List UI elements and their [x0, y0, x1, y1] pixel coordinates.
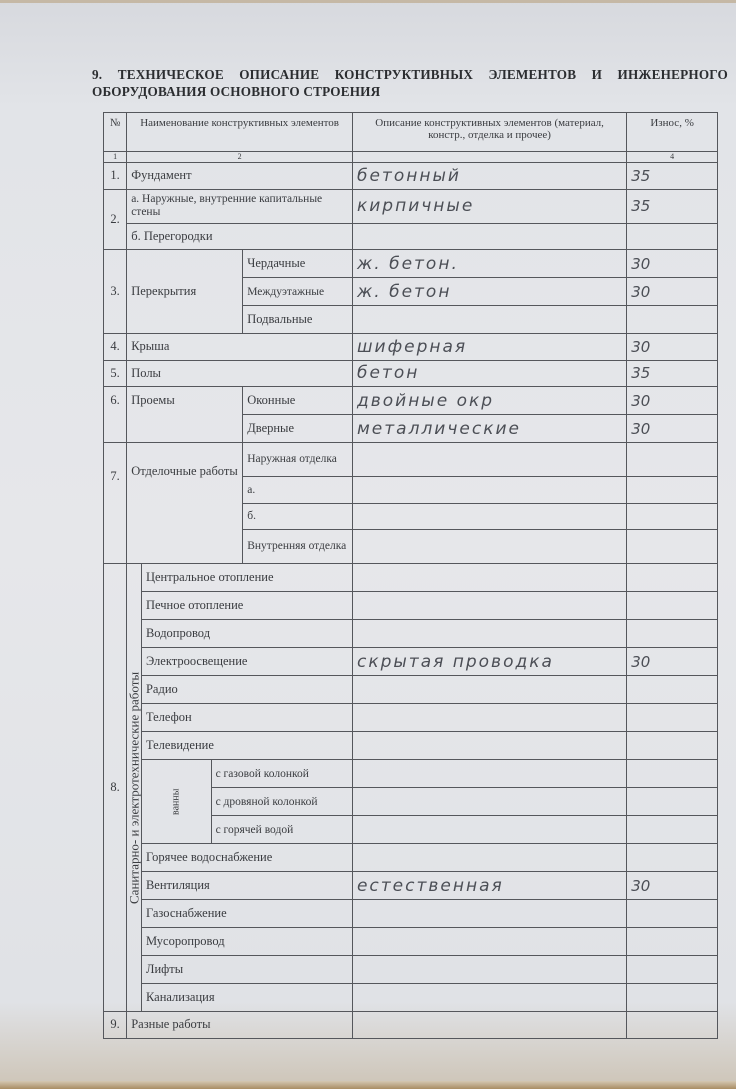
row-num: 1.: [104, 163, 127, 190]
row-name: б. Перегородки: [127, 223, 353, 250]
row-name: Центральное отопление: [141, 564, 352, 592]
row-name: Лифты: [141, 956, 352, 984]
row-description[interactable]: [352, 223, 626, 250]
table-row: Канализация: [104, 984, 718, 1012]
row-description[interactable]: [352, 760, 626, 788]
row-wear[interactable]: [627, 984, 718, 1012]
row-name: Печное отопление: [141, 592, 352, 620]
row-description[interactable]: [352, 477, 626, 504]
row-description[interactable]: [352, 816, 626, 844]
header-wear: Износ, %: [627, 113, 718, 152]
row-wear[interactable]: [627, 306, 718, 334]
table-row: б. Перегородки: [104, 223, 718, 250]
row-description[interactable]: [352, 928, 626, 956]
row-name: Канализация: [141, 984, 352, 1012]
group-label: Санитарно- и электротехнические работы: [127, 671, 141, 903]
row-name: Крыша: [127, 334, 353, 361]
row-subname: с газовой колонкой: [211, 760, 352, 788]
row-subname: Оконные: [243, 387, 353, 415]
row-description[interactable]: [352, 620, 626, 648]
row-name: Отделочные работы: [127, 443, 243, 564]
row-wear[interactable]: 30: [627, 250, 718, 278]
row-description[interactable]: [352, 732, 626, 760]
row-name: Радио: [141, 676, 352, 704]
row-description[interactable]: шиферная: [352, 334, 626, 361]
row-wear[interactable]: 30: [627, 334, 718, 361]
row-wear[interactable]: [627, 704, 718, 732]
row-name: Проемы: [127, 387, 243, 443]
row-wear[interactable]: [627, 732, 718, 760]
row-name: Горячее водоснабжение: [141, 844, 352, 872]
row-wear[interactable]: [627, 477, 718, 504]
row-num: 6.: [104, 387, 127, 443]
row-description[interactable]: [352, 306, 626, 334]
row-wear[interactable]: [627, 530, 718, 564]
row-wear[interactable]: 30: [627, 278, 718, 306]
row-description[interactable]: ж. бетон.: [352, 250, 626, 278]
table-row: Телевидение: [104, 732, 718, 760]
row-wear[interactable]: 30: [627, 415, 718, 443]
row-description[interactable]: [352, 788, 626, 816]
table-row: 5. Полы бетон 35: [104, 360, 718, 387]
row-subname: Подвальные: [243, 306, 353, 334]
row-wear[interactable]: 30: [627, 387, 718, 415]
row-wear[interactable]: 35: [627, 163, 718, 190]
row-wear[interactable]: [627, 443, 718, 477]
row-name: Водопровод: [141, 620, 352, 648]
row-description[interactable]: [352, 900, 626, 928]
construction-elements-table: № Наименование конструктивных элементов …: [103, 112, 718, 1039]
row-wear[interactable]: [627, 816, 718, 844]
table-row: Лифты: [104, 956, 718, 984]
col-number-1: 1: [104, 152, 127, 163]
row-wear[interactable]: [627, 676, 718, 704]
table-row: 2. а. Наружные, внутренние капитальные с…: [104, 189, 718, 223]
row-description[interactable]: [352, 1012, 626, 1039]
table-row: ванны с газовой колонкой: [104, 760, 718, 788]
table-row: Горячее водоснабжение: [104, 844, 718, 872]
table-row: 8. Санитарно- и электротехнические работ…: [104, 564, 718, 592]
row-name: Разные работы: [127, 1012, 353, 1039]
table-row: 3. Перекрытия Чердачные ж. бетон. 30: [104, 250, 718, 278]
row-num: 9.: [104, 1012, 127, 1039]
row-num: 2.: [104, 189, 127, 250]
row-name: Мусоропровод: [141, 928, 352, 956]
table-row: 7. Отделочные работы Наружная отделка: [104, 443, 718, 477]
row-wear[interactable]: 30: [627, 872, 718, 900]
table-row: 6. Проемы Оконные двойные окр 30: [104, 387, 718, 415]
row-subname: с дровяной колонкой: [211, 788, 352, 816]
header-row: № Наименование конструктивных элементов …: [104, 113, 718, 152]
row-description[interactable]: бетон: [352, 360, 626, 387]
document-title: 9. ТЕХНИЧЕСКОЕ ОПИСАНИЕ КОНСТРУКТИВНЫХ Э…: [92, 66, 728, 100]
row-num: 7.: [104, 443, 127, 564]
row-description[interactable]: [352, 564, 626, 592]
table-row: Мусоропровод: [104, 928, 718, 956]
group-label-cell: Санитарно- и электротехнические работы: [127, 564, 142, 1012]
header-description: Описание конструктивных элементов (матер…: [352, 113, 626, 152]
row-num: 5.: [104, 360, 127, 387]
col-number-2: 2: [127, 152, 353, 163]
row-description[interactable]: двойные окр: [352, 387, 626, 415]
row-wear[interactable]: [627, 900, 718, 928]
row-wear[interactable]: 30: [627, 648, 718, 676]
row-subname: Наружная отделка: [243, 443, 353, 477]
row-description[interactable]: [352, 592, 626, 620]
row-wear[interactable]: [627, 620, 718, 648]
row-wear[interactable]: [627, 503, 718, 530]
row-wear[interactable]: [627, 956, 718, 984]
row-name: Газоснабжение: [141, 900, 352, 928]
row-subname: а.: [243, 477, 353, 504]
row-description[interactable]: [352, 530, 626, 564]
row-name: Телевидение: [141, 732, 352, 760]
row-name: Фундамент: [127, 163, 353, 190]
row-num: 4.: [104, 334, 127, 361]
row-name: Электроосвещение: [141, 648, 352, 676]
paper-edge: [0, 0, 736, 3]
row-name: Полы: [127, 360, 353, 387]
row-subname: Чердачные: [243, 250, 353, 278]
paper-edge: [0, 1081, 736, 1089]
table-row: Радио: [104, 676, 718, 704]
table-row: Газоснабжение: [104, 900, 718, 928]
row-description[interactable]: [352, 844, 626, 872]
header-name: Наименование конструктивных элементов: [127, 113, 353, 152]
row-description[interactable]: металлические: [352, 415, 626, 443]
row-subname: б.: [243, 503, 353, 530]
row-wear[interactable]: [627, 844, 718, 872]
row-wear[interactable]: 35: [627, 189, 718, 223]
col-number-4: 4: [627, 152, 718, 163]
row-description[interactable]: бетонный: [352, 163, 626, 190]
header-num: №: [104, 113, 127, 152]
table-row: Электроосвещение скрытая проводка 30: [104, 648, 718, 676]
table-row: 9. Разные работы: [104, 1012, 718, 1039]
row-description[interactable]: скрытая проводка: [352, 648, 626, 676]
row-description[interactable]: кирпичные: [352, 189, 626, 223]
table-row: Печное отопление: [104, 592, 718, 620]
row-name: Вентиляция: [141, 872, 352, 900]
row-description[interactable]: [352, 676, 626, 704]
row-wear[interactable]: [627, 564, 718, 592]
row-name: Телефон: [141, 704, 352, 732]
row-wear[interactable]: [627, 928, 718, 956]
row-description[interactable]: ж. бетон: [352, 278, 626, 306]
row-description[interactable]: [352, 956, 626, 984]
table-row: Вентиляция естественная 30: [104, 872, 718, 900]
row-wear[interactable]: [627, 223, 718, 250]
row-name: а. Наружные, внутренние капитальные стен…: [127, 189, 353, 223]
row-num: 3.: [104, 250, 127, 334]
column-number-row: 1 2 4: [104, 152, 718, 163]
baths-label: ванны: [141, 760, 211, 844]
row-description[interactable]: естественная: [352, 872, 626, 900]
table-row: Водопровод: [104, 620, 718, 648]
row-description[interactable]: [352, 984, 626, 1012]
row-subname: Дверные: [243, 415, 353, 443]
col-number-3: [352, 152, 626, 163]
table-row: 1. Фундамент бетонный 35: [104, 163, 718, 190]
row-wear[interactable]: [627, 788, 718, 816]
row-wear[interactable]: 35: [627, 360, 718, 387]
row-description[interactable]: [352, 443, 626, 477]
table-row: Телефон: [104, 704, 718, 732]
row-description[interactable]: [352, 503, 626, 530]
row-subname: с горячей водой: [211, 816, 352, 844]
row-name: Перекрытия: [127, 250, 243, 334]
row-wear[interactable]: [627, 1012, 718, 1039]
row-description[interactable]: [352, 704, 626, 732]
row-subname: Междуэтажные: [243, 278, 353, 306]
table-row: 4. Крыша шиферная 30: [104, 334, 718, 361]
row-wear[interactable]: [627, 760, 718, 788]
row-wear[interactable]: [627, 592, 718, 620]
row-num: 8.: [104, 564, 127, 1012]
row-subname: Внутренняя отделка: [243, 530, 353, 564]
